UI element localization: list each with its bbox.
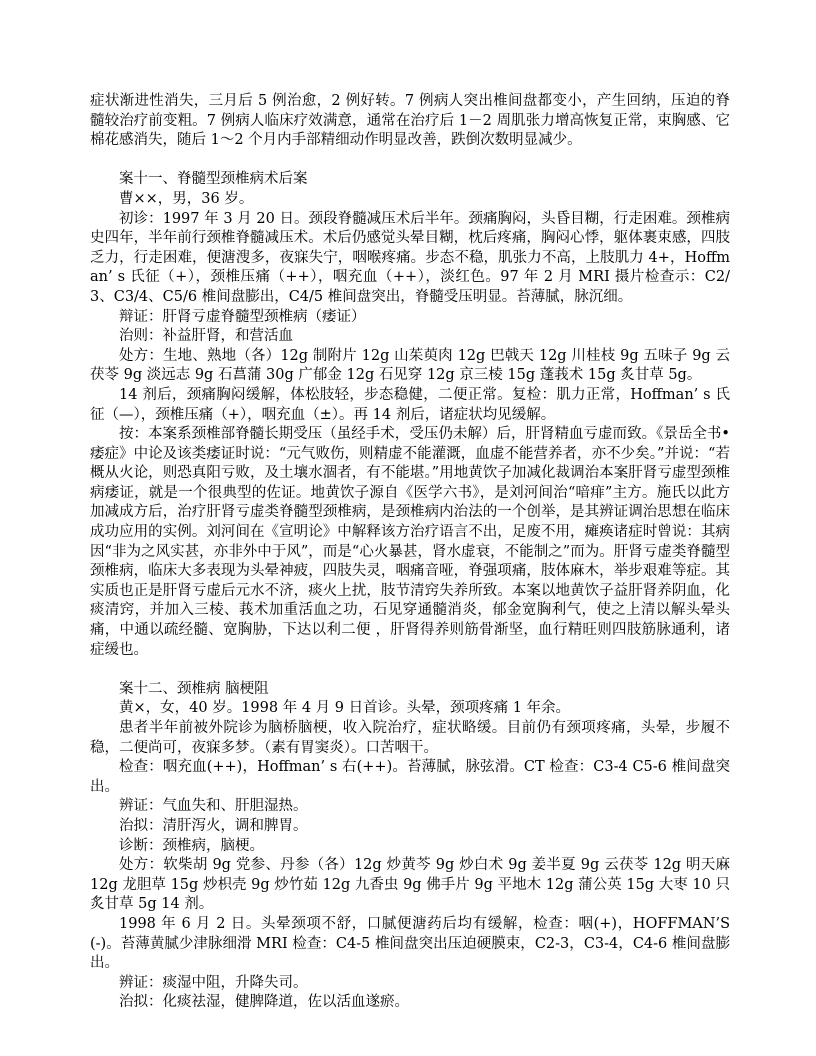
paragraph: 辨证：痰湿中阻，升降失司。 (90, 974, 730, 994)
paragraph: 诊断：颈椎病，脑梗。 (90, 837, 730, 857)
paragraph: 治拟：化痰祛湿，健脾降道，佐以活血遂瘀。 (90, 993, 730, 1013)
case-heading: 案十二、颈椎病 脑梗阻 (90, 680, 730, 700)
paragraph: 1998 年 6 月 2 日。头晕颈项不舒，口腻便溏药后均有缓解，检查：咽(+)… (90, 915, 730, 974)
paragraph: 辨证：气血失和、肝胆湿热。 (90, 797, 730, 817)
paragraph-spacer (90, 151, 730, 171)
paragraph: 辩证：肝肾亏虚脊髓型颈椎病（痿证） (90, 308, 730, 328)
paragraph: 初诊：1997 年 3 月 20 日。颈段脊髓减压术后半年。颈痛胸闷，头昏目糊，… (90, 210, 730, 308)
paragraph: 14 剂后，颈痛胸闷缓解，体松肢轻，步态稳健，二便正常。复检：肌力正常，Hoff… (90, 386, 730, 425)
paragraph: 处方：软柴胡 9g 党参、丹参（各）12g 炒黄芩 9g 炒白术 9g 姜半夏 … (90, 856, 730, 915)
paragraph: 曹××，男，36 岁。 (90, 190, 730, 210)
paragraph: 按：本案系颈椎部脊髓长期受压（虽经手术，受压仍未解）后，肝肾精血亏虚而致。《景岳… (90, 425, 730, 660)
paragraph: 治拟：清肝泻火，调和脾胃。 (90, 817, 730, 837)
paragraph-spacer (90, 660, 730, 680)
paragraph: 症状渐进性消失，三月后 5 例治愈，2 例好转。7 例病人突出椎间盘都变小，产生… (90, 92, 730, 151)
document-body: 症状渐进性消失，三月后 5 例治愈，2 例好转。7 例病人突出椎间盘都变小，产生… (90, 92, 730, 1013)
paragraph: 治则：补益肝肾，和营活血 (90, 327, 730, 347)
case-heading: 案十一、脊髓型颈椎病术后案 (90, 170, 730, 190)
paragraph: 处方：生地、熟地（各）12g 制附片 12g 山茱萸肉 12g 巴戟天 12g … (90, 347, 730, 386)
paragraph: 检查：咽充血(++)，Hoffman’ s 右(++)。苔薄腻，脉弦滑。CT 检… (90, 758, 730, 797)
paragraph: 患者半年前被外院诊为脑桥脑梗，收入院治疗，症状略缓。目前仍有颈项疼痛，头晕，步履… (90, 719, 730, 758)
paragraph: 黄×，女，40 岁。1998 年 4 月 9 日首诊。头晕，颈项疼痛 1 年余。 (90, 699, 730, 719)
document-page: 症状渐进性消失，三月后 5 例治愈，2 例好转。7 例病人突出椎间盘都变小，产生… (0, 0, 816, 1056)
